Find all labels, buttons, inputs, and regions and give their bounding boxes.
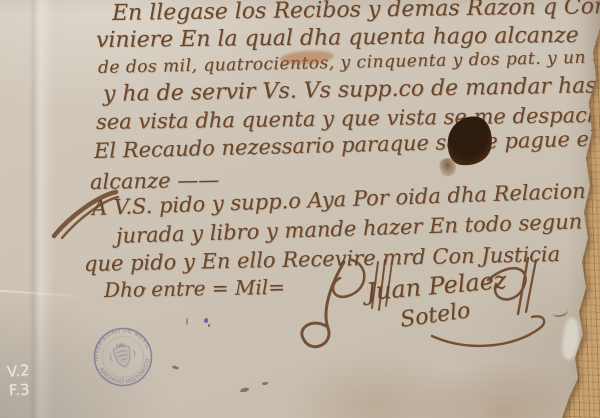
archival-mark-volume: V.2 (6, 361, 30, 381)
archival-mark-folio: F.3 (9, 380, 30, 399)
paper-speck (262, 382, 268, 385)
pen-flourish-icon (50, 188, 120, 240)
university-stamp: UNIVERSIDAD DE MEXICO ARCHIVO HISTORICO (81, 315, 164, 398)
stamp-crest-icon (108, 340, 138, 370)
pencil-tick (186, 318, 188, 325)
purple-ink-dot-icon (204, 318, 208, 323)
photo: En llegase los Recibos y demas Razon q C… (0, 0, 600, 418)
paper-crease (0, 290, 92, 298)
paper-speck (172, 365, 180, 370)
manuscript-page-wrap: En llegase los Recibos y demas Razon q C… (0, 0, 600, 418)
manuscript-line: y ha de servir Vs. Vs supp.co de mandar … (103, 73, 597, 107)
manuscript-page: En llegase los Recibos y demas Razon q C… (0, 0, 600, 418)
paper-light-patch (560, 317, 582, 361)
manuscript-line: Dho entre = Mil= (104, 275, 285, 302)
paper-speck (240, 387, 250, 393)
manuscript-line: En llegase los Recibos y demas Razon q C… (112, 0, 600, 26)
